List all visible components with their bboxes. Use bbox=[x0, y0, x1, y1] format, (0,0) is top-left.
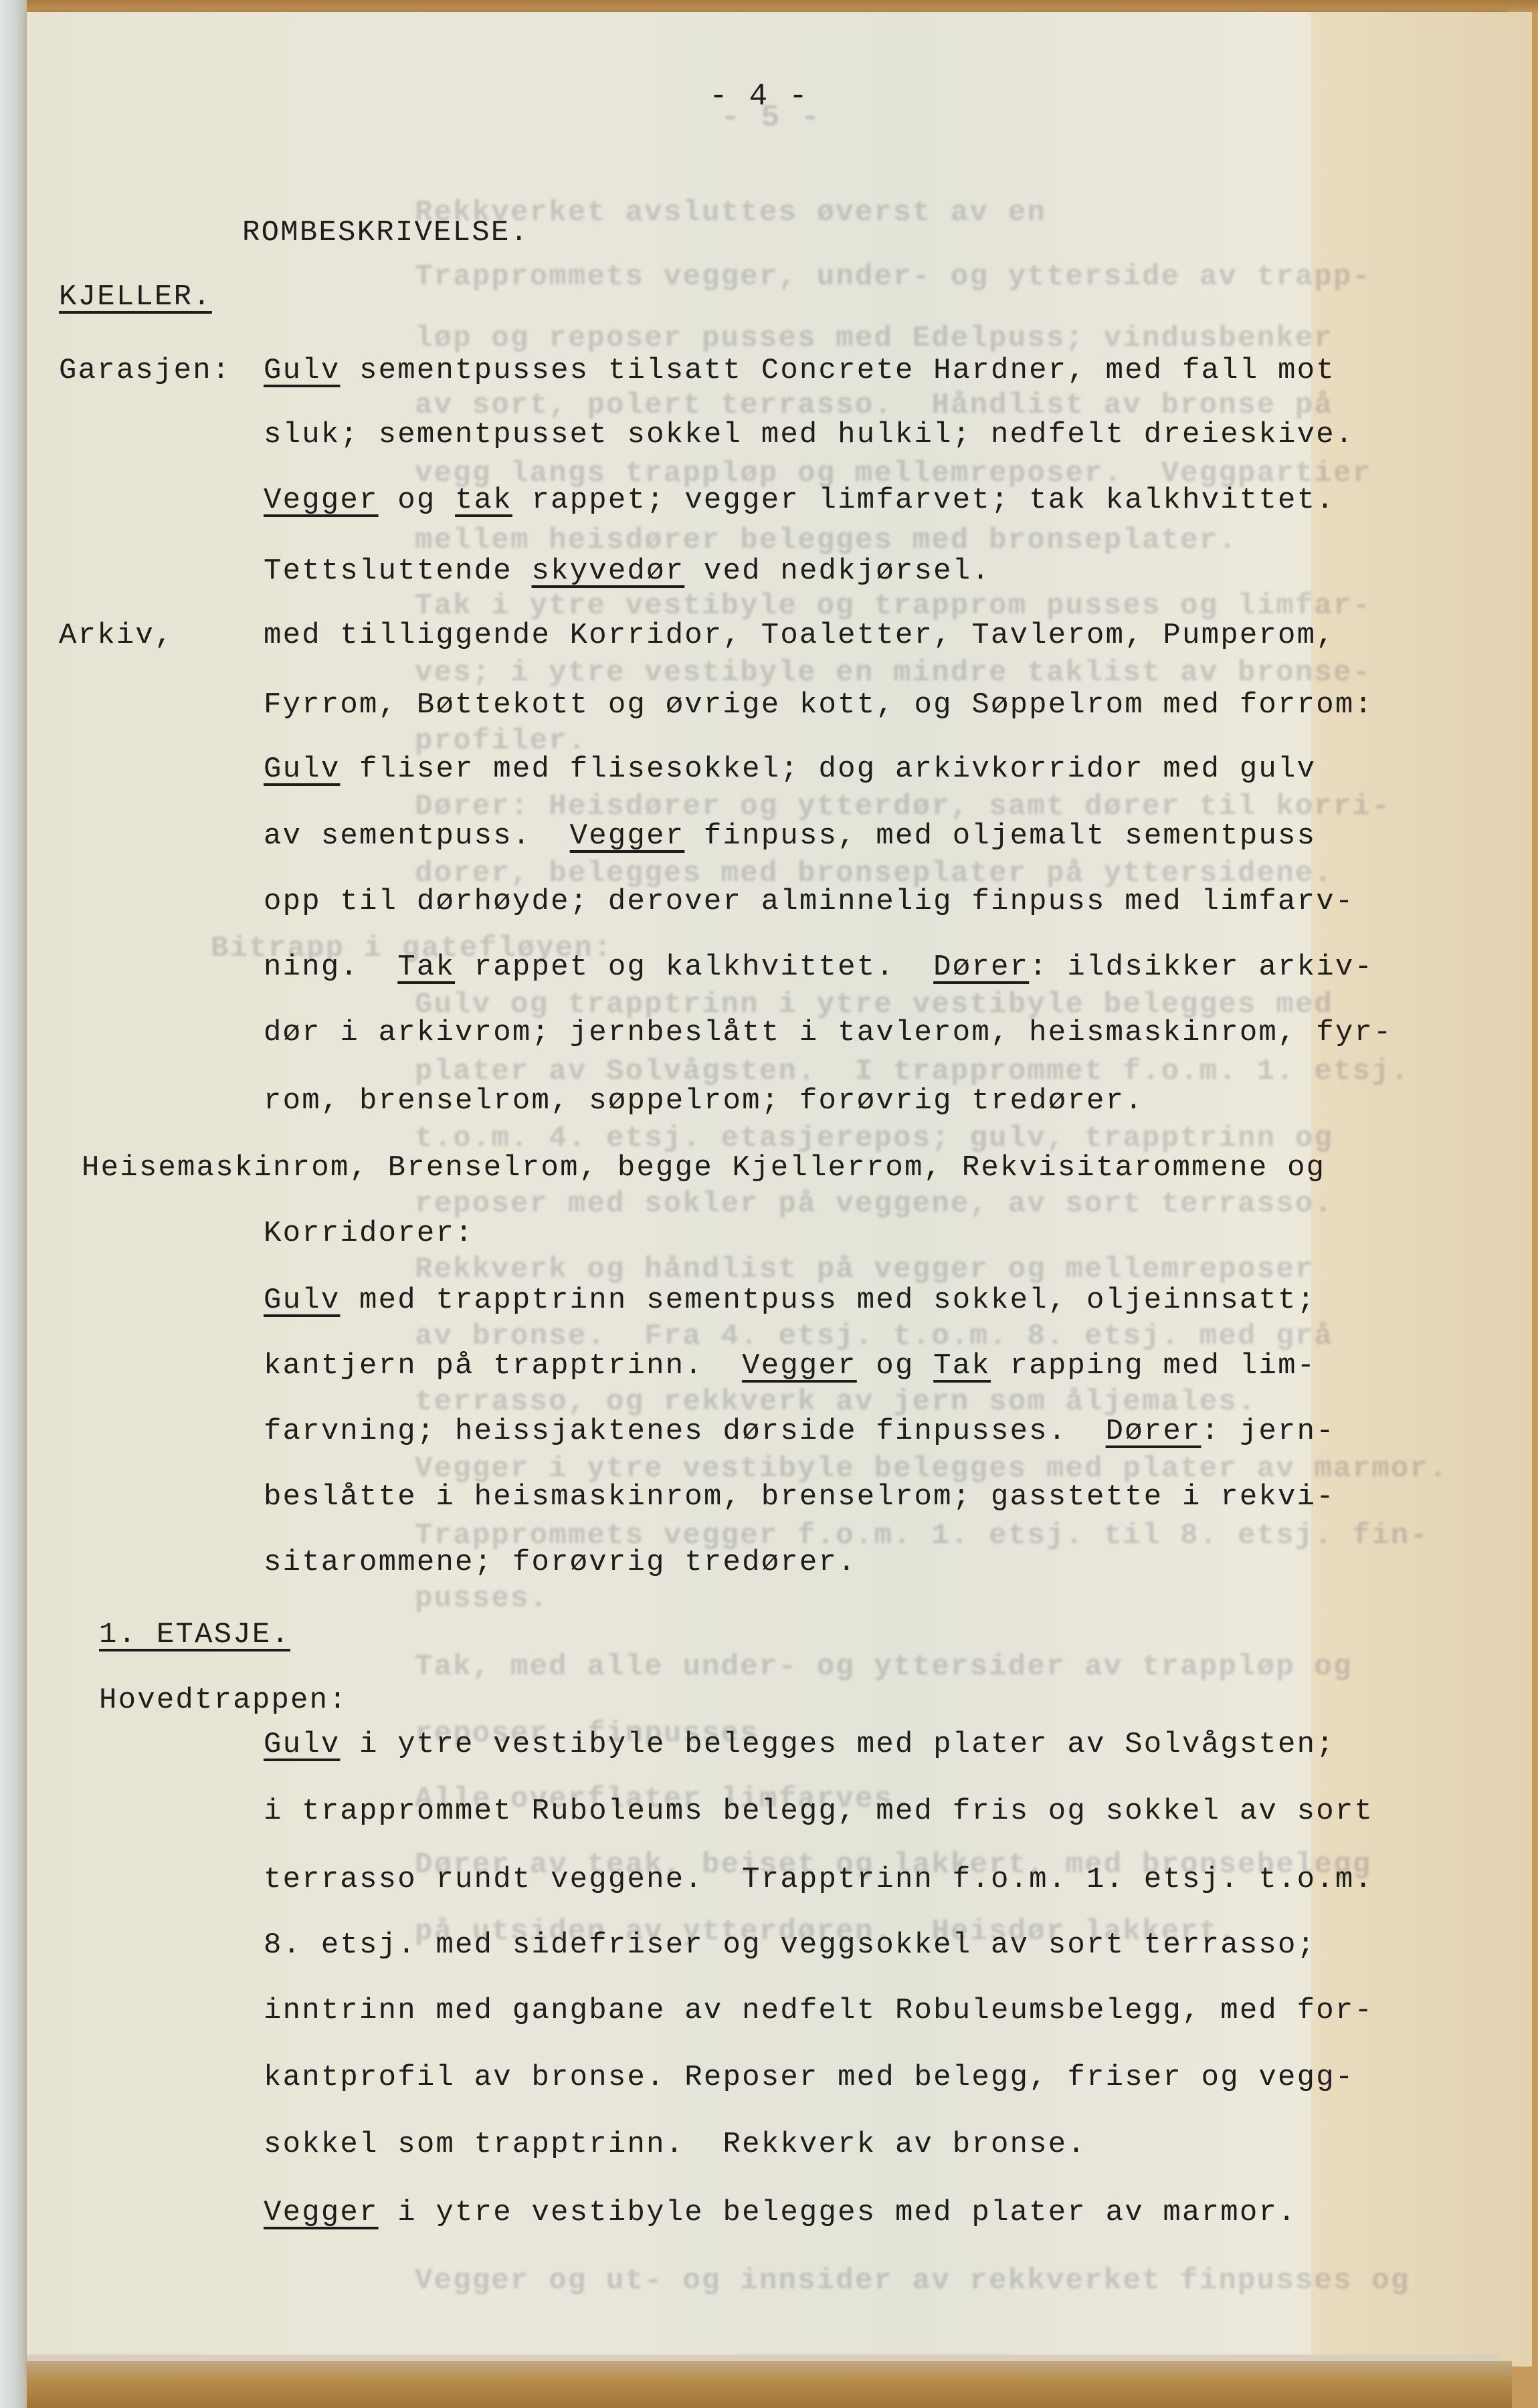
folder-bottom-edge bbox=[27, 2361, 1512, 2408]
keyword-gulv: Gulv bbox=[264, 1728, 340, 1761]
text-line: beslåtte i heismaskinrom, brenselrom; ga… bbox=[264, 1480, 1335, 1514]
keyword-tak: Tak bbox=[397, 950, 455, 984]
keyword-dorer: Dører bbox=[1106, 1415, 1201, 1448]
ghost-line: Rekkverk og håndlist på vegger og mellem… bbox=[415, 1252, 1314, 1287]
keyword-gulv: Gulv bbox=[264, 354, 340, 387]
room-label-heisemaskinrom: Heisemaskinrom, Brenselrom, begge Kjelle… bbox=[82, 1150, 1325, 1185]
ghost-line: reposer med sokler på veggene, av sort t… bbox=[415, 1187, 1333, 1221]
text-line: sluk; sementpusset sokkel med hulkil; ne… bbox=[264, 417, 1354, 452]
text-line: av sementpuss. Vegger finpuss, med oljem… bbox=[264, 819, 1316, 854]
section-heading-kjeller: KJELLER. bbox=[59, 280, 212, 314]
ghost-line: løp og reposer pusses med Edelpuss; vind… bbox=[415, 321, 1333, 356]
text-line: Gulv sementpusses tilsatt Concrete Hardn… bbox=[264, 353, 1335, 388]
room-label-arkiv: Arkiv, bbox=[59, 618, 174, 653]
keyword-vegger: Vegger bbox=[742, 1349, 857, 1383]
text-line: dør i arkivrom; jernbeslått i tavlerom, … bbox=[264, 1015, 1393, 1050]
keyword-vegger: Vegger bbox=[570, 819, 685, 853]
document-title: ROMBESKRIVELSE. bbox=[242, 215, 529, 250]
keyword-tak: tak bbox=[455, 484, 512, 517]
text-line: ning. Tak rappet og kalkhvittet. Dører: … bbox=[264, 950, 1373, 985]
text-line: kantjern på trapptrinn. Vegger og Tak ra… bbox=[264, 1348, 1316, 1383]
keyword-tak: Tak bbox=[933, 1349, 991, 1383]
text-line: med tilliggende Korridor, Toaletter, Tav… bbox=[264, 618, 1335, 653]
keyword-gulv: Gulv bbox=[264, 1284, 340, 1317]
ghost-line: ves; i ytre vestibyle en mindre taklist … bbox=[415, 656, 1371, 690]
keyword-gulv: Gulv bbox=[264, 752, 340, 786]
text-line: Vegger i ytre vestibyle belegges med pla… bbox=[264, 2195, 1297, 2230]
text-line: Gulv fliser med flisesokkel; dog arkivko… bbox=[264, 752, 1316, 787]
section-heading-1-etasje: 1. ETASJE. bbox=[99, 1617, 290, 1652]
ghost-line: Tak, med alle under- og yttersider av tr… bbox=[415, 1649, 1353, 1684]
keyword-vegger: Vegger bbox=[264, 2196, 379, 2229]
text-line: farvning; heissjaktenes dørside finpusse… bbox=[264, 1414, 1335, 1449]
text-line: i trapprommet Ruboleums belegg, med fris… bbox=[264, 1794, 1373, 1829]
text-line: Gulv i ytre vestibyle belegges med plate… bbox=[264, 1727, 1335, 1762]
text-line: Korridorer: bbox=[264, 1216, 474, 1251]
text-line: Gulv med trapptrinn sementpuss med sokke… bbox=[264, 1283, 1316, 1318]
ghost-line: Trapprommets vegger, under- og ytterside… bbox=[415, 260, 1371, 294]
page-number: - 4 - bbox=[709, 79, 809, 114]
text-line: opp til dørhøyde; derover alminnelig fin… bbox=[264, 884, 1354, 919]
text-line: Vegger og tak rappet; vegger limfarvet; … bbox=[264, 483, 1335, 518]
scan-left-edge bbox=[0, 0, 27, 2408]
ghost-line: mellem heisdører belegges med bronseplat… bbox=[415, 523, 1238, 558]
text-line: sitarommene; forøvrig tredører. bbox=[264, 1545, 857, 1580]
keyword-dorer: Dører bbox=[933, 950, 1029, 984]
room-label-garasjen: Garasjen: bbox=[59, 353, 231, 388]
text-line: kantprofil av bronse. Reposer med belegg… bbox=[264, 2060, 1354, 2095]
text-line: Fyrrom, Bøttekott og øvrige kott, og Søp… bbox=[264, 688, 1373, 722]
ghost-line: pusses. bbox=[415, 1581, 549, 1616]
text-line: sokkel som trapptrinn. Rekkverk av brons… bbox=[264, 2127, 1086, 2162]
text-line: rom, brenselrom, søppelrom; forøvrig tre… bbox=[264, 1084, 1144, 1118]
keyword-vegger: Vegger bbox=[264, 484, 379, 517]
text-line: Tettsluttende skyvedør ved nedkjørsel. bbox=[264, 554, 991, 589]
ghost-line: Vegger og ut- og innsider av rekkverket … bbox=[415, 2264, 1410, 2298]
text-line: 8. etsj. med sidefriser og veggsokkel av… bbox=[264, 1928, 1316, 1963]
text-line: terrasso rundt veggene. Trapptrinn f.o.m… bbox=[264, 1862, 1373, 1897]
room-label-hovedtrappen: Hovedtrappen: bbox=[99, 1683, 348, 1718]
keyword-skyvedor: skyvedør bbox=[531, 555, 684, 588]
text-line: inntrinn med gangbane av nedfelt Robuleu… bbox=[264, 1993, 1373, 2028]
